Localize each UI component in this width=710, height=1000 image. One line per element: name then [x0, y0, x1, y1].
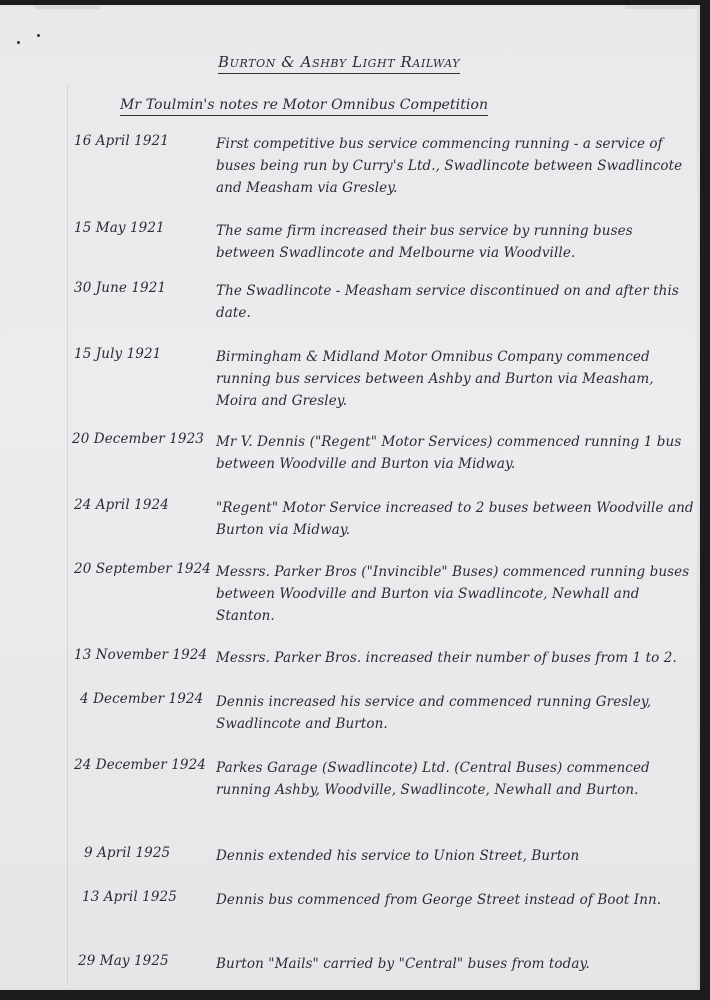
entry-text: Birmingham & Midland Motor Omnibus Compa… [216, 346, 696, 412]
entry-date: 24 December 1924 [74, 757, 206, 773]
entry-text: Parkes Garage (Swadlincote) Ltd. (Centra… [216, 757, 696, 801]
entry-text: The Swadlincote - Measham service discon… [216, 280, 696, 324]
entry-date: 13 April 1925 [82, 889, 177, 905]
entry-date: 20 December 1923 [72, 431, 204, 447]
handwritten-page: Burton & Ashby Light Railway Mr Toulmin'… [0, 5, 700, 990]
entry-date: 20 September 1924 [74, 561, 211, 577]
entry-date: 29 May 1925 [78, 953, 169, 969]
document-title: Burton & Ashby Light Railway [218, 53, 460, 74]
entry-date: 9 April 1925 [84, 845, 170, 861]
entry-text: The same firm increased their bus servic… [216, 220, 696, 264]
entry-date: 15 July 1921 [74, 346, 161, 362]
ink-speck [17, 41, 20, 44]
entry-text: "Regent" Motor Service increased to 2 bu… [216, 497, 696, 541]
entry-text: Dennis extended his service to Union Str… [216, 845, 696, 867]
document-subtitle: Mr Toulmin's notes re Motor Omnibus Comp… [120, 97, 488, 116]
entry-date: 15 May 1921 [74, 220, 165, 236]
page-edge [625, 5, 695, 9]
entry-text: Dennis bus commenced from George Street … [216, 889, 696, 911]
entry-date: 30 June 1921 [74, 280, 166, 296]
entry-text: Dennis increased his service and commenc… [216, 691, 696, 735]
entry-date: 16 April 1921 [74, 133, 169, 149]
entry-date: 4 December 1924 [80, 691, 203, 707]
entry-date: 24 April 1924 [74, 497, 169, 513]
entry-text: Messrs. Parker Bros ("Invincible" Buses)… [216, 561, 696, 627]
ink-speck [37, 34, 40, 37]
entry-text: Mr V. Dennis ("Regent" Motor Services) c… [216, 431, 696, 475]
page-edge [35, 5, 100, 9]
entry-text: First competitive bus service commencing… [216, 133, 696, 199]
margin-fold-line [67, 85, 68, 985]
entry-text: Messrs. Parker Bros. increased their num… [216, 647, 696, 669]
entry-text: Burton "Mails" carried by "Central" buse… [216, 953, 696, 975]
entry-date: 13 November 1924 [74, 647, 207, 663]
